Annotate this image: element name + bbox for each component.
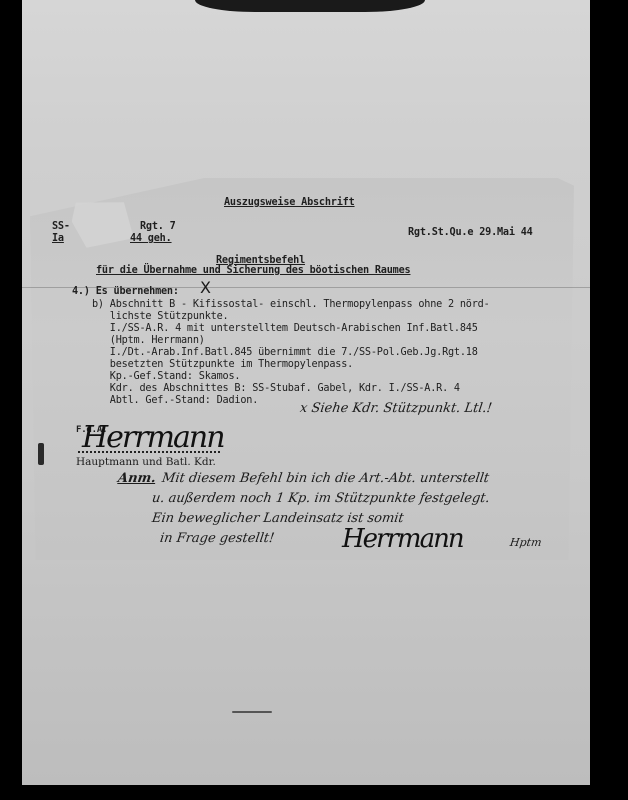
handwritten-note-right: x Siehe Kdr. Stützpunkt. Ltl.! [299,400,493,417]
handwritten-x-mark: X [200,278,211,297]
header-title: Auszugsweise Abschrift [224,196,355,209]
scan-blemish [38,443,44,465]
order-subtitle: für die Übernahme und Sicherung des böot… [96,264,410,277]
annotation-line: in Frage gestellt! [159,530,276,547]
annotation-line: Mit diesem Befehl bin ich die Art.-Abt. … [161,470,490,487]
annotation-signature-rank: Hptm [509,534,543,551]
sender-line2: Ia [52,232,64,245]
signature-dotted-line [78,451,220,453]
signature-title: Hauptmann und Batl. Kdr. [76,456,216,468]
place-date: Rgt.St.Qu.e 29.Mai 44 [408,226,533,239]
annotation-label: Anm. [117,470,157,487]
item-label: 4.) Es übernehmen: [72,285,179,298]
annotation-signature: Herrmann [342,524,463,554]
body-line: Abtl. Gef.-Stand: Dadion. [92,394,258,407]
scan-blemish [232,711,272,713]
binder-clip [195,0,425,12]
annotation-line: u. außerdem noch 1 Kp. im Stützpunkte fe… [151,490,491,507]
signature: Herrmann [82,420,224,455]
sender-line2-b: 44 geh. [130,232,172,245]
